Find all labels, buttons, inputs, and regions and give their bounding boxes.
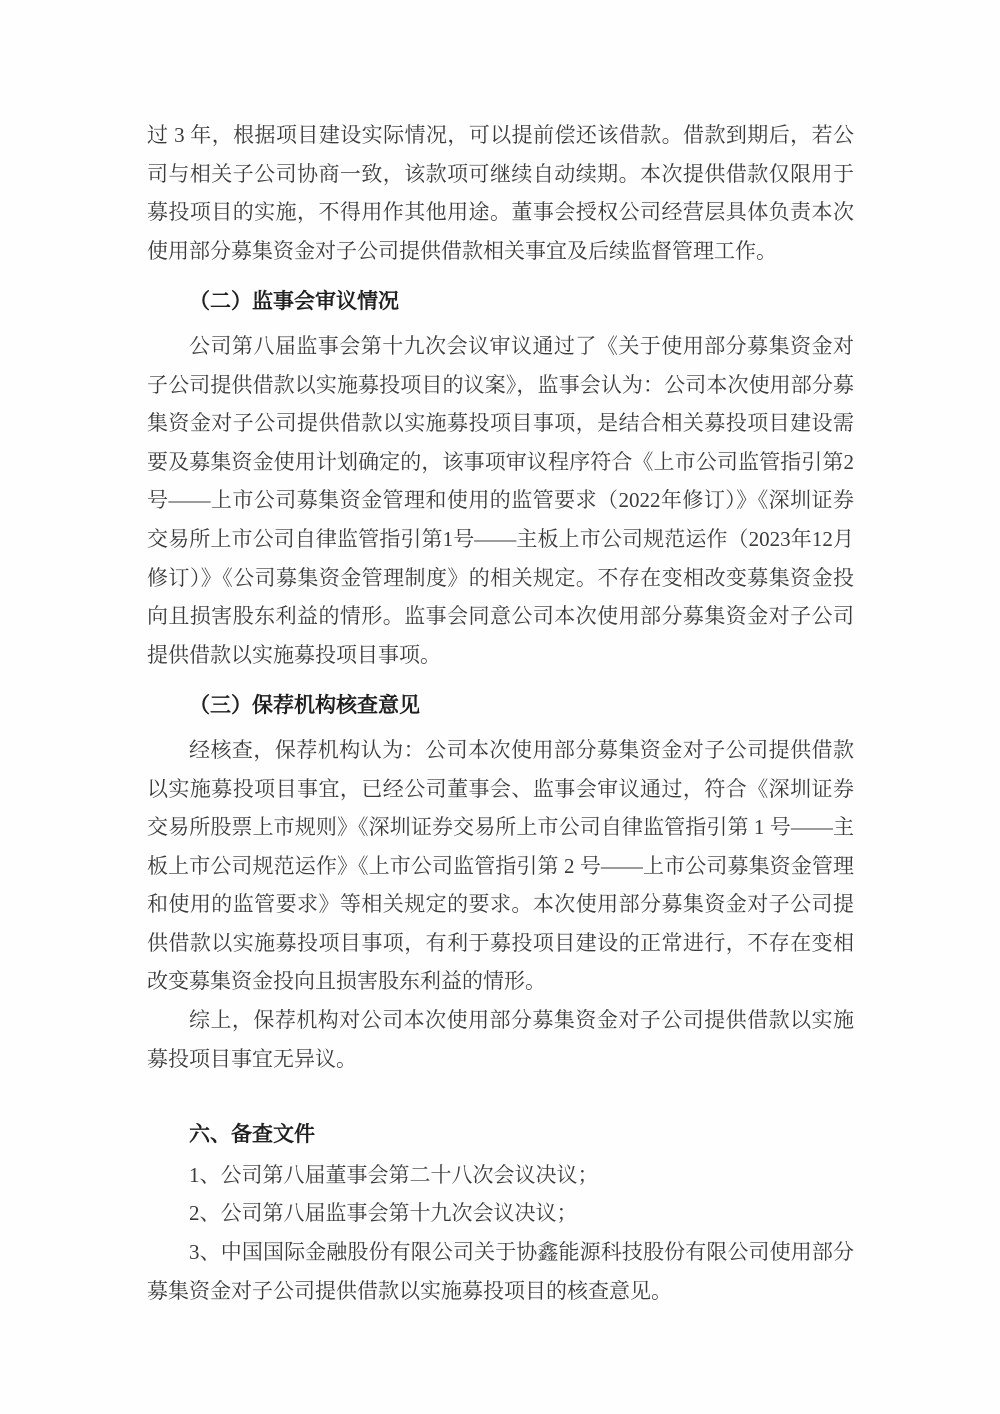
document-page: 过 3 年，根据项目建设实际情况，可以提前偿还该借款。借款到期后，若公司与相关子… [0,0,1000,1414]
supervisory-board-paragraph: 公司第八届监事会第十九次会议审议通过了《关于使用部分募集资金对子公司提供借款以实… [147,327,854,674]
list-item-board-resolution: 1、公司第八届董事会第二十八次会议决议； [147,1156,854,1195]
section-heading-supervisory-board-review: （二）监事会审议情况 [147,282,854,321]
reference-document-list: 1、公司第八届董事会第二十八次会议决议； 2、公司第八届监事会第十九次会议决议；… [147,1156,854,1310]
list-item-supervisory-resolution: 2、公司第八届监事会第十九次会议决议； [147,1194,854,1233]
sponsor-opinion-paragraph-2: 综上，保荐机构对公司本次使用部分募集资金对子公司提供借款以实施募投项目事宜无异议… [147,1001,854,1078]
list-item-sponsor-verification: 3、中国国际金融股份有限公司关于协鑫能源科技股份有限公司使用部分募集资金对子公司… [147,1233,854,1310]
section-heading-reference-documents: 六、备查文件 [147,1115,854,1154]
continued-paragraph: 过 3 年，根据项目建设实际情况，可以提前偿还该借款。借款到期后，若公司与相关子… [147,116,854,270]
section-heading-sponsor-verification-opinion: （三）保荐机构核查意见 [147,686,854,725]
sponsor-opinion-paragraph-1: 经核查，保荐机构认为：公司本次使用部分募集资金对子公司提供借款以实施募投项目事宜… [147,731,854,1001]
